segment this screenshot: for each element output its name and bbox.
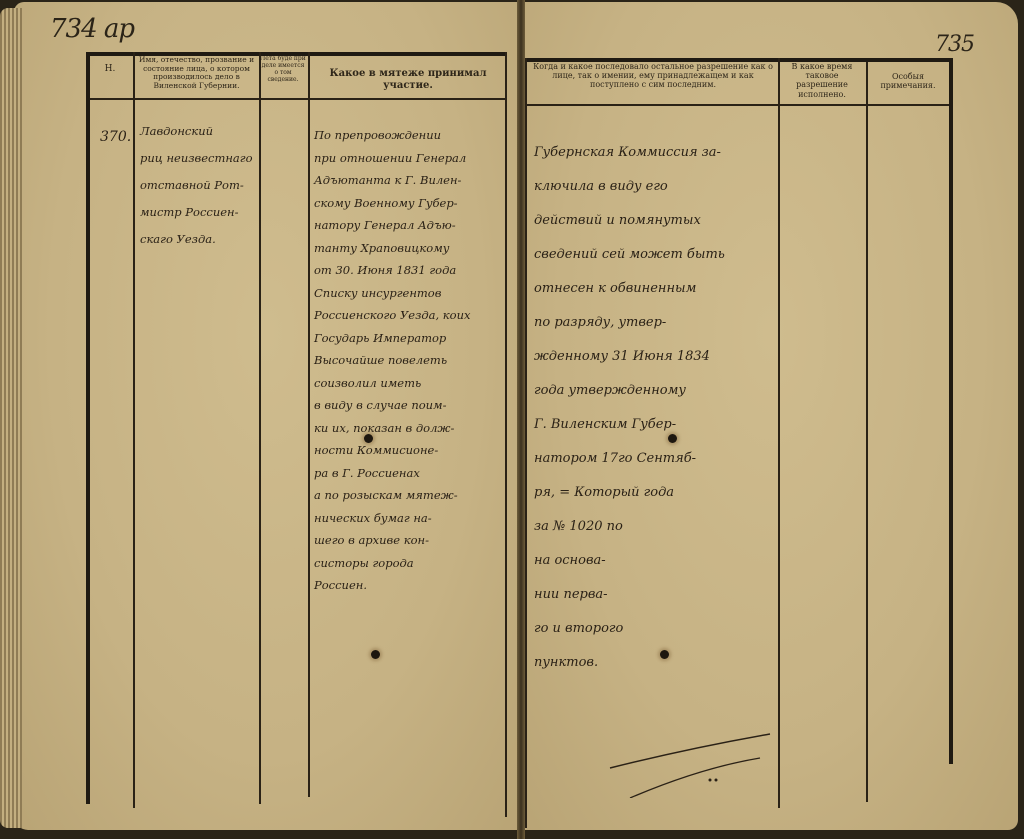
col-divider-where [308, 52, 310, 797]
left-right-border [505, 52, 507, 817]
col-divider-resolution [778, 58, 780, 808]
book-gutter [517, 0, 525, 839]
right-folio-number: 735 [935, 32, 974, 57]
binding-hole [660, 650, 669, 659]
entry-role: По препровождении при отношении Генерал … [314, 124, 504, 597]
right-outer-border [949, 58, 953, 764]
signature-flourish [600, 728, 790, 798]
entry-number: 370. [100, 124, 131, 151]
right-left-border [525, 58, 527, 828]
header-role: Какое в мятеже принимал участие. [312, 68, 504, 91]
col-divider-when [866, 62, 868, 802]
header-resolution: Когда и какое последовало остальное разр… [530, 62, 776, 90]
left-header-bottom-rule [86, 98, 506, 100]
header-number: Н. [88, 64, 132, 74]
entry-name: Лавдонский риц неизвестнаго отставной Ро… [140, 118, 258, 253]
header-when: В какое время таковое разрешение исполне… [780, 62, 864, 99]
binding-hole [364, 434, 373, 443]
col-divider-n [133, 52, 135, 808]
left-folio-number: 734 ap [50, 14, 134, 44]
binding-hole [668, 434, 677, 443]
header-notes: Особыя примечания. [868, 72, 948, 90]
header-where: Лета буде при деле имеется о том сведени… [260, 56, 306, 96]
right-header-bottom-rule [527, 104, 953, 106]
left-outer-border [86, 52, 90, 804]
col-divider-name [259, 52, 261, 804]
entry-resolution: Губернская Коммиссия за- ключила в виду … [534, 136, 774, 680]
header-name: Имя, отечество, прозвание и состояние ли… [135, 56, 258, 91]
binding-hole [371, 650, 380, 659]
page-stack-edge [0, 8, 22, 828]
